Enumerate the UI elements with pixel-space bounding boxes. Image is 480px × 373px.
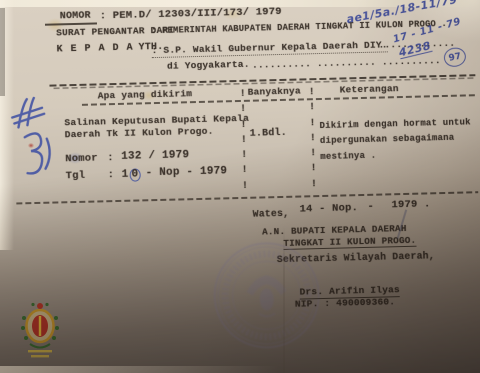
signer-nip: NIP. : 490009360. bbox=[295, 297, 396, 309]
item-tgl-label: Tgl bbox=[66, 171, 86, 182]
quantity-value: 1.Bdl. bbox=[250, 129, 287, 140]
table-header-items: Apa yang dikirim bbox=[98, 89, 193, 101]
item-tgl-colon: : bbox=[108, 170, 115, 181]
closing-year: 1979 . bbox=[391, 199, 430, 210]
kepada-city: di Yogyakarta. bbox=[167, 60, 250, 72]
kepada-value: : S.P. Wakil Gubernur Kepala Daerah DIY. bbox=[152, 40, 388, 58]
remarks-line3: mestinya . bbox=[320, 152, 376, 162]
regional-emblem-watermark bbox=[20, 300, 60, 362]
field-nomor-value: : PEM.D/ 12303/III/173/ 1979 bbox=[100, 7, 282, 22]
column-separator-marks: ! ! ! ! ! ! ! bbox=[240, 87, 249, 194]
item-tgl-value: 10 bbox=[122, 168, 141, 181]
scanned-letter-photo: NOMOR : PEM.D/ 12303/III/173/ 1979 SURAT… bbox=[0, 0, 480, 373]
column-separator-marks: ! ! ! ! ! ! ! bbox=[309, 85, 318, 192]
closing-place: Wates, bbox=[253, 209, 290, 220]
item-nomor-label: Nomor bbox=[65, 153, 98, 164]
field-nomor-label: NOMOR bbox=[60, 12, 91, 23]
item-nomor-colon: : bbox=[107, 153, 114, 164]
document-page: NOMOR : PEM.D/ 12303/III/173/ 1979 SURAT… bbox=[0, 0, 480, 373]
remarks-line2: dipergunakan sebagaimana bbox=[320, 134, 455, 146]
circled-digit-correction: 0 bbox=[129, 168, 140, 181]
city-dotted-leader: .......... .......... .......... bbox=[252, 56, 441, 70]
remarks-line1: Dikirim dengan hormat untuk bbox=[319, 118, 470, 131]
item-tgl-rest: - Nop - 1979 bbox=[146, 166, 228, 179]
kepada-label: K E P A D A bbox=[56, 44, 133, 56]
item-nomor-value: 132 / 1979 bbox=[121, 150, 189, 163]
circled-page-number: 97 bbox=[442, 46, 467, 69]
tgl-digit: 1 bbox=[122, 169, 129, 181]
margin-scribble-initials bbox=[2, 92, 68, 180]
item-description-line1: Salinan Keputusan Bupati Kepala bbox=[64, 114, 249, 128]
paper-crease bbox=[283, 225, 285, 373]
nomor-underline bbox=[45, 22, 97, 25]
table-header-remarks: Keterangan bbox=[340, 84, 399, 95]
closing-date-dash: - bbox=[367, 202, 374, 213]
item-description-line2: Daerah Tk II Kulon Progo. bbox=[65, 127, 214, 140]
table-header-quantity: Banyaknya bbox=[248, 86, 301, 97]
closing-date: 14 - Nop. bbox=[299, 203, 358, 215]
stamp-emblem-body bbox=[259, 288, 274, 310]
circled-page-number-value: 97 bbox=[448, 51, 462, 63]
